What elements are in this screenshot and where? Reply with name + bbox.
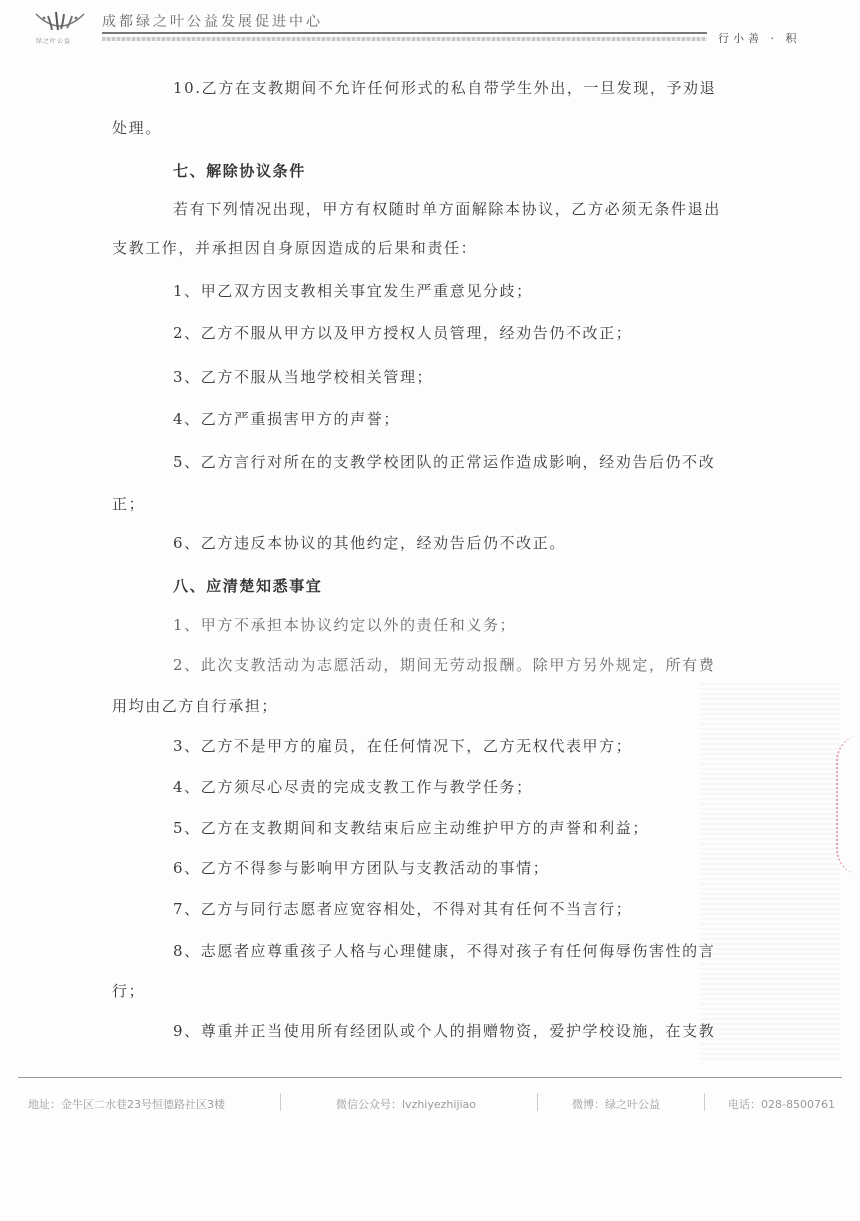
body-text-line: 8、志愿者应尊重孩子人格与心理健康，不得对孩子有任何侮辱伤害性的言: [173, 940, 715, 961]
body-text-line: 若有下列情况出现，甲方有权随时单方面解除本协议，乙方必须无条件退出: [173, 198, 721, 219]
body-text-line: 4、乙方须尽心尽责的完成支教工作与教学任务；: [173, 776, 533, 797]
organization-name: 成都绿之叶公益发展促进中心: [102, 11, 323, 31]
logo-caption: 绿之叶公益: [36, 36, 71, 45]
footer-separator: [280, 1093, 281, 1111]
body-text-line: 处理。: [112, 117, 162, 138]
body-text-line: 用均由乙方自行承担；: [112, 695, 278, 716]
scan-noise: [700, 680, 840, 1060]
red-seal-stamp-edge: [836, 735, 860, 875]
footer-wechat: 微信公众号：lvzhiyezhijiao: [336, 1096, 476, 1112]
footer-address: 地址：金牛区二水巷23号恒德路社区3楼: [28, 1096, 225, 1112]
body-text-line: 5、乙方在支教期间和支教结束后应主动维护甲方的声誉和利益；: [173, 817, 649, 838]
body-text-line: 6、乙方违反本协议的其他约定，经劝告后仍不改正。: [173, 532, 566, 553]
body-text-line: 6、乙方不得参与影响甲方团队与支教活动的事情；: [173, 857, 549, 878]
body-text-line: 4、乙方严重损害甲方的声誉；: [173, 408, 400, 429]
header-rule: [102, 32, 707, 34]
header-pattern-rule: [102, 37, 707, 41]
footer-rule: [18, 1077, 842, 1078]
body-text-line: 7、乙方与同行志愿者应宽容相处，不得对其有任何不当言行；: [173, 898, 632, 919]
body-text-line: 2、乙方不服从甲方以及甲方授权人员管理，经劝告仍不改正；: [173, 322, 632, 343]
body-text-line: 正；: [112, 493, 145, 514]
body-text-line: 行；: [112, 980, 145, 1001]
body-text-line: 3、乙方不服从当地学校相关管理；: [173, 366, 433, 387]
footer-contact-bar: 地址：金牛区二水巷23号恒德路社区3楼 微信公众号：lvzhiyezhijiao…: [0, 1096, 860, 1116]
footer-weibo: 微博：绿之叶公益: [572, 1096, 660, 1112]
letterhead: 绿之叶公益 成都绿之叶公益发展促进中心 行小善 · 积: [0, 0, 860, 60]
footer-phone: 电话：028-8500761: [728, 1096, 835, 1112]
body-text-line: 5、乙方言行对所在的支教学校团队的正常运作造成影响，经劝告后仍不改: [173, 451, 715, 472]
organization-logo: [32, 8, 88, 54]
slogan: 行小善 · 积: [718, 30, 801, 46]
body-text-line: 9、尊重并正当使用所有经团队或个人的捐赠物资，爱护学校设施，在支教: [173, 1020, 715, 1041]
body-text-line: 3、乙方不是甲方的雇员，在任何情况下，乙方无权代表甲方；: [173, 735, 632, 756]
footer-separator: [704, 1093, 705, 1111]
section-heading: 七、解除协议条件: [173, 160, 306, 181]
body-text-line: 1、甲方不承担本协议约定以外的责任和义务；: [173, 614, 516, 635]
section-heading: 八、应清楚知悉事宜: [173, 575, 322, 596]
body-text-line: 1、甲乙双方因支教相关事宜发生严重意见分歧；: [173, 280, 533, 301]
body-text-line: 10.乙方在支教期间不允许任何形式的私自带学生外出，一旦发现，予劝退: [173, 77, 716, 98]
body-text-line: 支教工作，并承担因自身原因造成的后果和责任：: [112, 237, 477, 258]
body-text-line: 2、此次支教活动为志愿活动，期间无劳动报酬。除甲方另外规定，所有费: [173, 654, 715, 675]
document-page: 绿之叶公益 成都绿之叶公益发展促进中心 行小善 · 积 10.乙方在支教期间不允…: [0, 0, 860, 1221]
footer-separator: [537, 1093, 538, 1111]
